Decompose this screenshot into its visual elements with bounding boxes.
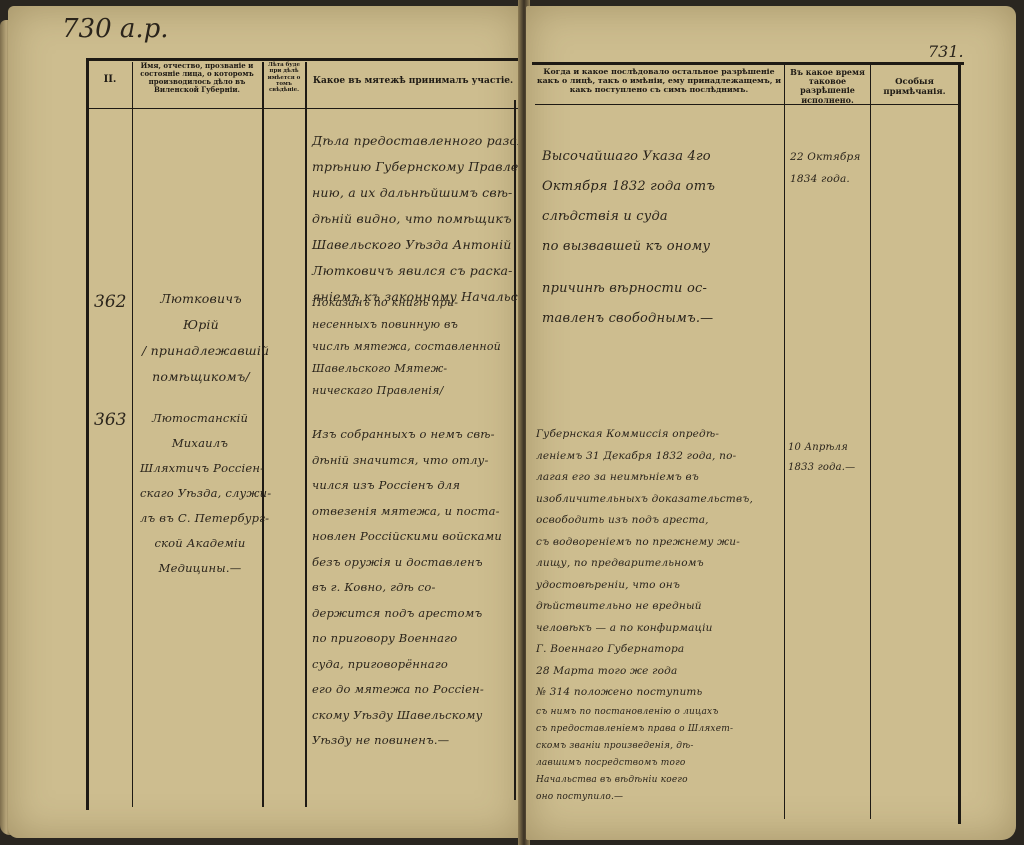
header-col-name: Имя, отчество, прозваніе и состояніе лиц…	[134, 62, 260, 94]
left-outer-border	[86, 58, 89, 810]
entry-363-executed-date: 10 Апрѣля 1833 года.—	[788, 438, 855, 478]
header-col-role: Какое въ мятежѣ принималъ участіе.	[308, 76, 518, 86]
header-col-resolution: Когда и какое послѣдовало остальное разр…	[535, 68, 783, 95]
col-rule-name	[262, 62, 264, 807]
entry-362-name: Лютковичъ Юрій / принадлежавшій помѣщико…	[142, 286, 260, 390]
col-rule-no	[132, 62, 133, 807]
left-page-number: 730 а.р.	[62, 14, 169, 44]
entry-1-role-text: Дѣла предоставленного разсмо- трѣнию Губ…	[312, 128, 545, 310]
header-col-executed: Въ какое время таковое разрѣшеніе исполн…	[786, 68, 869, 105]
right-outer-border	[958, 62, 961, 824]
col-rule-executed	[870, 64, 871, 819]
header-bottom-rule-left	[88, 108, 520, 109]
col-rule-resolution	[784, 64, 785, 819]
header-col-years: Лѣта буде при дѣлѣ имѣется о томъ свѣдѣн…	[264, 62, 304, 94]
header-bottom-rule-right	[535, 104, 960, 105]
entry-363-name: Лютостанскій Михаилъ Шляхтичъ Россіен- с…	[140, 406, 260, 581]
entry-363-number: 363	[94, 410, 126, 430]
header-col-number: II.	[90, 74, 130, 86]
entry-362-role-text: Показанъ по книгѣ при- несенныхъ повинну…	[312, 292, 501, 402]
entry-362-number: 362	[94, 292, 126, 312]
entry-363-resolution-text: Губернская Коммиссія опредѣ- леніемъ 31 …	[536, 424, 753, 806]
entry-363-role-text: Изъ собранныхъ о немъ свѣ- дѣній значитс…	[312, 422, 502, 754]
entry-1-executed-date: 22 Октября 1834 года.	[790, 146, 861, 190]
col-rule-years	[305, 62, 307, 807]
header-col-notes: Особыя примѣчанія.	[872, 78, 957, 98]
right-page-number: 731.	[928, 42, 964, 61]
entry-1-resolution-text: Высочайшаго Указа 4го Октября 1832 года …	[542, 142, 715, 334]
header-top-rule-right	[532, 62, 964, 65]
